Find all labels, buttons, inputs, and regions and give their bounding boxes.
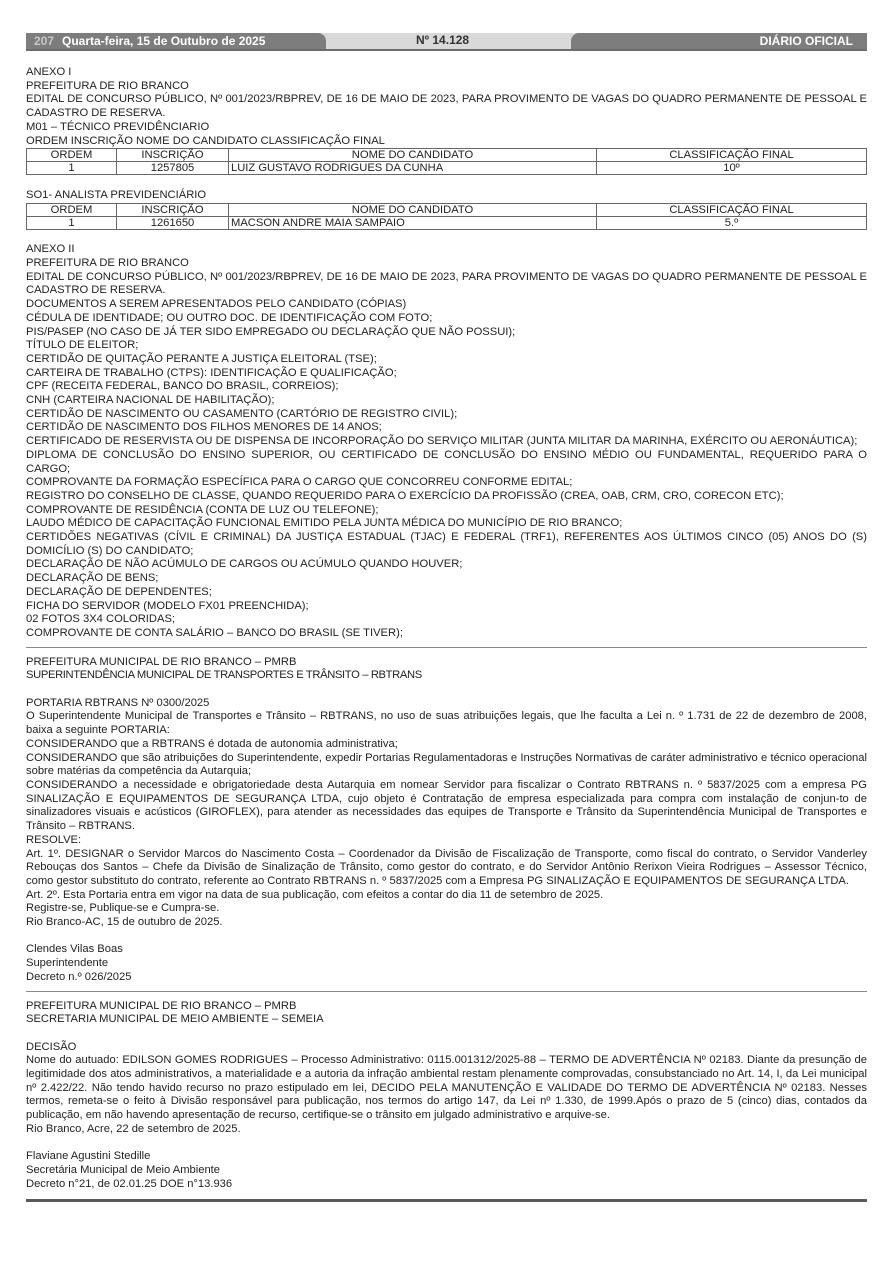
document-list-item: FICHA DO SERVIDOR (MODELO FX01 PREENCHID… — [26, 600, 867, 614]
document-list-item: COMPROVANTE DA FORMAÇÃO ESPECÍFICA PARA … — [26, 476, 867, 490]
org-name: PREFEITURA MUNICIPAL DE RIO BRANCO – PMR… — [26, 656, 867, 670]
considerando: CONSIDERANDO que a RBTRANS é dotada de a… — [26, 738, 867, 752]
signer-role: Superintendente — [26, 957, 867, 971]
document-list: DOCUMENTOS A SEREM APRESENTADOS PELO CAN… — [26, 298, 867, 641]
signer-name: Clendes Vilas Boas — [26, 943, 867, 957]
role-title: SO1- ANALISTA PREVIDENCIÁRIO — [26, 189, 867, 203]
cell-ordem: 1 — [27, 216, 117, 229]
decisao-body: Nome do autuado: EDILSON GOMES RODRIGUES… — [26, 1054, 867, 1123]
table-row: 1 1257805 LUIZ GUSTAVO RODRIGUES DA CUNH… — [27, 162, 867, 175]
document-list-item: DOCUMENTOS A SEREM APRESENTADOS PELO CAN… — [26, 298, 867, 312]
cell-classificacao: 5.º — [597, 216, 867, 229]
resolve-label: RESOLVE: — [26, 834, 867, 848]
annex-2: ANEXO II PREFEITURA DE RIO BRANCO EDITAL… — [26, 243, 867, 640]
column-header: ORDEM — [27, 203, 117, 216]
org-subdivision: SUPERINTENDÊNCIA MUNICIPAL DE TRANSPORTE… — [26, 669, 867, 683]
table-header-row: ORDEM INSCRIÇÃO NOME DO CANDIDATO CLASSI… — [27, 149, 867, 162]
table-header-row: ORDEM INSCRIÇÃO NOME DO CANDIDATO CLASSI… — [27, 203, 867, 216]
column-header: ORDEM — [27, 149, 117, 162]
decisao-section: PREFEITURA MUNICIPAL DE RIO BRANCO – PMR… — [26, 1000, 867, 1192]
document-list-item: CERTIDÃO DE NASCIMENTO OU CASAMENTO (CAR… — [26, 408, 867, 422]
annex-edital: EDITAL DE CONCURSO PÚBLICO, Nº 001/2023/… — [26, 93, 867, 120]
document-list-item: CÉDULA DE IDENTIDADE; OU OUTRO DOC. DE I… — [26, 312, 867, 326]
portaria-title: PORTARIA RBTRANS Nº 0300/2025 — [26, 697, 867, 711]
classification-table: ORDEM INSCRIÇÃO NOME DO CANDIDATO CLASSI… — [26, 203, 867, 230]
document-list-item: LAUDO MÉDICO DE CAPACITAÇÃO FUNCIONAL EM… — [26, 517, 867, 531]
cell-nome: LUIZ GUSTAVO RODRIGUES DA CUNHA — [229, 162, 597, 175]
document-list-item: DECLARAÇÃO DE BENS; — [26, 572, 867, 586]
edition-number: Nº 14.128 — [416, 33, 469, 47]
document-list-item: DECLARAÇÃO DE DEPENDENTES; — [26, 586, 867, 600]
document-list-item: CPF (RECEITA FEDERAL, BANCO DO BRASIL, C… — [26, 380, 867, 394]
column-header: NOME DO CANDIDATO — [229, 203, 597, 216]
annex-title: ANEXO II — [26, 243, 867, 257]
decisao-title: DECISÃO — [26, 1041, 867, 1055]
page-end-rule — [26, 1199, 867, 1202]
document-list-item: CERTIFICADO DE RESERVISTA OU DE DISPENSA… — [26, 435, 867, 449]
column-header: NOME DO CANDIDATO — [229, 149, 597, 162]
signer-role: Secretária Municipal de Meio Ambiente — [26, 1164, 867, 1178]
cell-inscricao: 1261650 — [117, 216, 229, 229]
annex-org: PREFEITURA DE RIO BRANCO — [26, 80, 867, 94]
signer-decree: Decreto n.º 026/2025 — [26, 971, 867, 985]
closing-formula: Registre-se, Publique-se e Cumpra-se. — [26, 902, 867, 916]
annex-1: ANEXO I PREFEITURA DE RIO BRANCO EDITAL … — [26, 66, 867, 230]
article-1: Art. 1º. DESIGNAR o Servidor Marcos do N… — [26, 848, 867, 889]
portaria-section: PREFEITURA MUNICIPAL DE RIO BRANCO – PMR… — [26, 656, 867, 985]
document-list-item: DECLARAÇÃO DE NÃO ACÚMULO DE CARGOS OU A… — [26, 558, 867, 572]
classification-table: ORDEM INSCRIÇÃO NOME DO CANDIDATO CLASSI… — [26, 148, 867, 175]
column-header: CLASSIFICAÇÃO FINAL — [597, 149, 867, 162]
article-2: Art. 2º. Esta Portaria entra em vigor na… — [26, 889, 867, 903]
page-number: 207 — [34, 34, 54, 48]
page-header: 207 Quarta-feira, 15 de Outubro de 2025 … — [26, 33, 867, 50]
header-rule — [26, 49, 867, 51]
annex-title: ANEXO I — [26, 66, 867, 80]
signer-decree: Decreto n°21, de 02.01.25 DOE n°13.936 — [26, 1178, 867, 1192]
cell-classificacao: 10º — [597, 162, 867, 175]
document-list-item: REGISTRO DO CONSELHO DE CLASSE, QUANDO R… — [26, 490, 867, 504]
considerando: CONSIDERANDO a necessidade e obrigatorie… — [26, 779, 867, 834]
annex-edital: EDITAL DE CONCURSO PÚBLICO, Nº 001/2023/… — [26, 271, 867, 298]
document-list-item: 02 FOTOS 3X4 COLORIDAS; — [26, 613, 867, 627]
document-list-item: TÍTULO DE ELEITOR; — [26, 339, 867, 353]
document-list-item: CNH (CARTEIRA NACIONAL DE HABILITAÇÃO); — [26, 394, 867, 408]
document-list-item: PIS/PASEP (NO CASO DE JÁ TER SIDO EMPREG… — [26, 326, 867, 340]
issue-date: Quarta-feira, 15 de Outubro de 2025 — [62, 34, 265, 48]
table-caption: ORDEM INSCRIÇÃO NOME DO CANDIDATO CLASSI… — [26, 135, 867, 149]
cell-nome: MACSON ANDRE MAIA SAMPAIO — [229, 216, 597, 229]
document-list-item: DIPLOMA DE CONCLUSÃO DO ENSINO SUPERIOR,… — [26, 449, 867, 476]
cell-ordem: 1 — [27, 162, 117, 175]
section-divider — [26, 991, 867, 992]
considerando: CONSIDERANDO que são atribuições do Supe… — [26, 752, 867, 779]
document-list-item: CERTIDÕES NEGATIVAS (CÍVIL E CRIMINAL) D… — [26, 531, 867, 558]
document-list-item: CARTEIRA DE TRABALHO (CTPS): IDENTIFICAÇ… — [26, 367, 867, 381]
place-date: Rio Branco-AC, 15 de outubro de 2025. — [26, 916, 867, 930]
publication-title: DIÁRIO OFICIAL — [760, 34, 853, 48]
column-header: CLASSIFICAÇÃO FINAL — [597, 203, 867, 216]
document-list-item: CERTIDÃO DE QUITAÇÃO PERANTE A JUSTIÇA E… — [26, 353, 867, 367]
document-list-item: COMPROVANTE DE CONTA SALÁRIO – BANCO DO … — [26, 627, 867, 641]
section-divider — [26, 647, 867, 648]
table-row: 1 1261650 MACSON ANDRE MAIA SAMPAIO 5.º — [27, 216, 867, 229]
org-name: PREFEITURA MUNICIPAL DE RIO BRANCO – PMR… — [26, 1000, 867, 1014]
page-content: ANEXO I PREFEITURA DE RIO BRANCO EDITAL … — [26, 66, 867, 1202]
column-header: INSCRIÇÃO — [117, 203, 229, 216]
role-title: M01 – TÉCNICO PREVIDÊNCIARIO — [26, 121, 867, 135]
document-list-item: COMPROVANTE DE RESIDÊNCIA (CONTA DE LUZ … — [26, 504, 867, 518]
signer-name: Flaviane Agustini Stedille — [26, 1150, 867, 1164]
document-list-item: CERTIDÃO DE NASCIMENTO DOS FILHOS MENORE… — [26, 421, 867, 435]
cell-inscricao: 1257805 — [117, 162, 229, 175]
column-header: INSCRIÇÃO — [117, 149, 229, 162]
org-subdivision: SECRETARIA MUNICIPAL DE MEIO AMBIENTE – … — [26, 1013, 867, 1027]
place-date: Rio Branco, Acre, 22 de setembro de 2025… — [26, 1123, 867, 1137]
portaria-intro: O Superintendente Municipal de Transport… — [26, 710, 867, 737]
annex-org: PREFEITURA DE RIO BRANCO — [26, 257, 867, 271]
